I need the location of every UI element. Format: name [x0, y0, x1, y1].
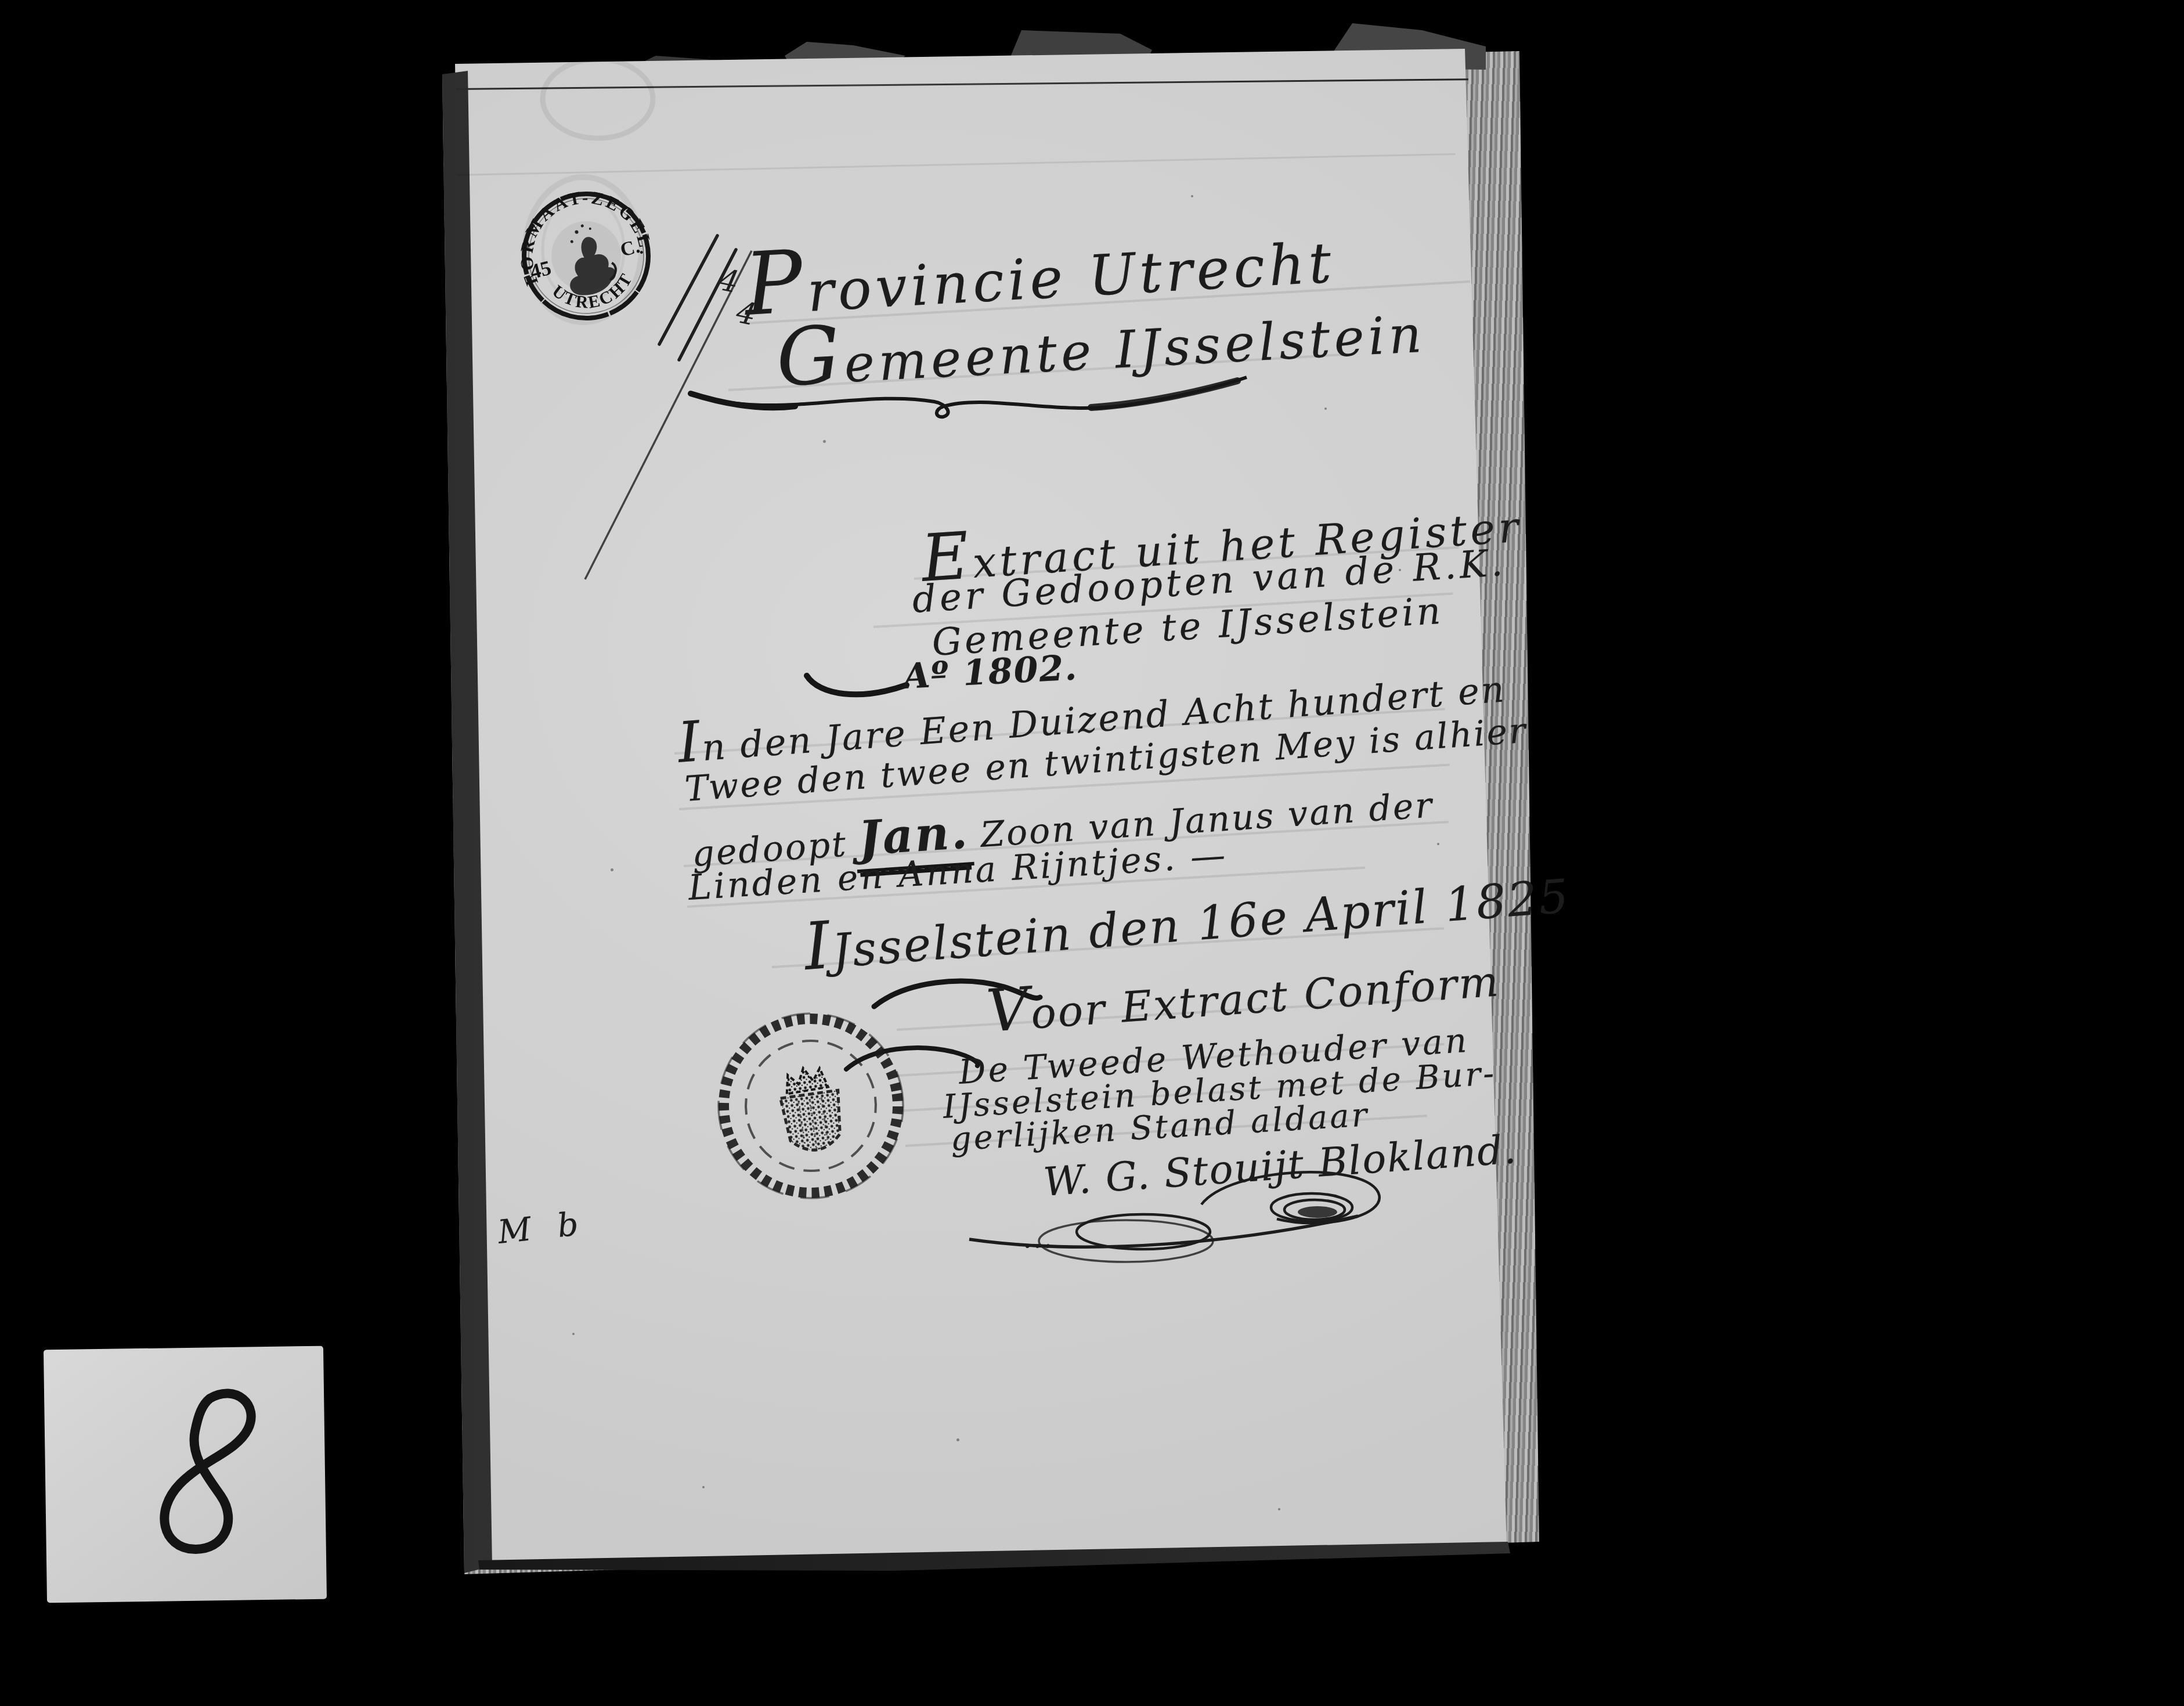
margin-note: M b: [496, 1207, 588, 1249]
crown-icon: [784, 1065, 828, 1094]
dust-speck: [702, 1486, 705, 1488]
dust-speck: [572, 1333, 575, 1335]
municipal-seal-stamp: [703, 998, 919, 1214]
dust-speck: [611, 868, 613, 871]
header-flourish: [685, 372, 1254, 424]
dust-speck: [1437, 843, 1439, 845]
archive-photo: FORMAAT-ZEGEL. UTRECHT. 45 C. 4 4 Provin…: [0, 0, 2184, 1706]
signature-flourish: [952, 1161, 1416, 1265]
dust-speck: [1324, 407, 1327, 410]
reference-card: 8: [44, 1346, 327, 1603]
dust-speck: [1278, 1508, 1280, 1510]
dust-speck: [956, 1438, 959, 1441]
reference-card-number: [44, 1346, 327, 1603]
dust-speck: [1399, 569, 1401, 571]
dust-speck: [823, 440, 826, 443]
dust-speck: [1191, 195, 1193, 197]
